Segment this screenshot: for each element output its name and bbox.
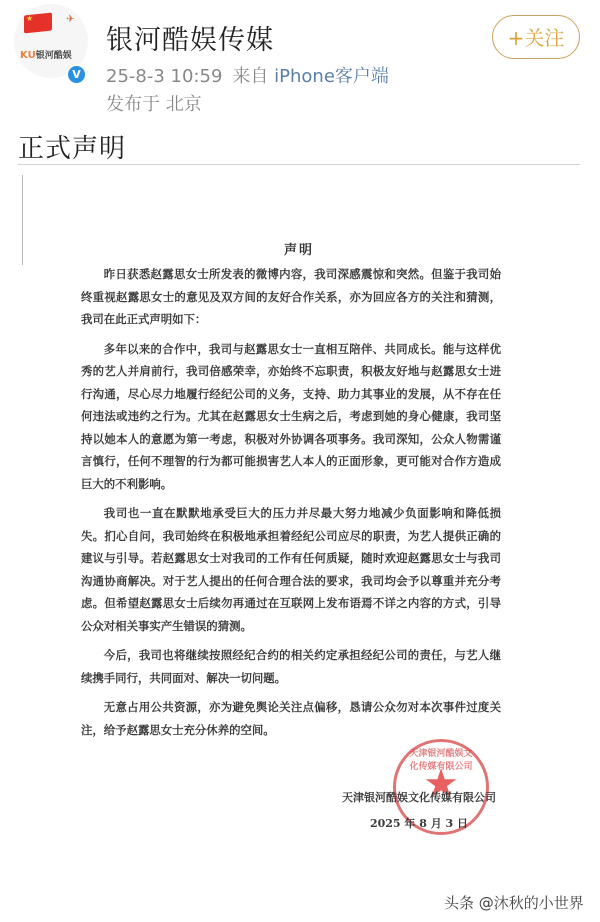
source-link[interactable]: iPhone客户端: [274, 66, 389, 87]
watermark: 头条 @沐秋的小世界: [444, 892, 584, 913]
avatar-logo: KU银河酷娱: [20, 48, 72, 61]
post-header: ✈ KU银河酷娱 V 银河酷娱传媒 25-8-3 10:59来自 iPhone客…: [0, 0, 600, 120]
flag-icon: [24, 13, 52, 34]
post-text: 正式声明: [18, 128, 126, 165]
document-paragraph: 多年以来的合作中，我司与赵露思女士一直相互陪伴、共同成长。能与这样优秀的艺人并肩…: [81, 338, 501, 496]
signature-date: 2025 年 8 月 3 日: [334, 811, 504, 837]
document-paragraph: 无意占用公共资源，亦为避免舆论关注点偏移，恳请公众勿对本次事件过度关注，给予赵露…: [81, 696, 501, 741]
follow-button[interactable]: +关注: [492, 15, 580, 59]
document-paragraph: 今后，我司也将继续按照经纪合约的相关约定承担经纪公司的责任，与艺人继续携手同行，…: [81, 644, 501, 689]
post-location: 发布于 北京: [106, 90, 202, 116]
post-timestamp: 25-8-3 10:59: [106, 66, 222, 87]
verified-badge-icon: V: [66, 64, 87, 85]
signature-company: 天津银河酷娱文化传媒有限公司: [334, 785, 504, 811]
post-meta: 25-8-3 10:59来自 iPhone客户端: [106, 62, 389, 88]
document-paragraph: 昨日获悉赵露思女士所发表的微博内容，我司深感震惊和突然。但鉴于我司始终重视赵露思…: [81, 263, 501, 331]
author-name[interactable]: 银河酷娱传媒: [106, 18, 274, 57]
document-signature: 天津银河酷娱文化传媒有限公司 2025 年 8 月 3 日: [334, 785, 504, 837]
source-prefix: 来自: [232, 66, 268, 87]
document-paragraph: 我司也一直在默默地承受巨大的压力并尽最大努力地减少负面影响和降低损失。扪心自问，…: [81, 502, 501, 637]
document-title: 声明: [18, 239, 580, 258]
statement-image[interactable]: 声明 昨日获悉赵露思女士所发表的微博内容，我司深感震惊和突然。但鉴于我司始终重视…: [18, 164, 580, 905]
document-body: 昨日获悉赵露思女士所发表的微博内容，我司深感震惊和突然。但鉴于我司始终重视赵露思…: [81, 263, 501, 748]
bird-icon: ✈: [66, 14, 74, 25]
